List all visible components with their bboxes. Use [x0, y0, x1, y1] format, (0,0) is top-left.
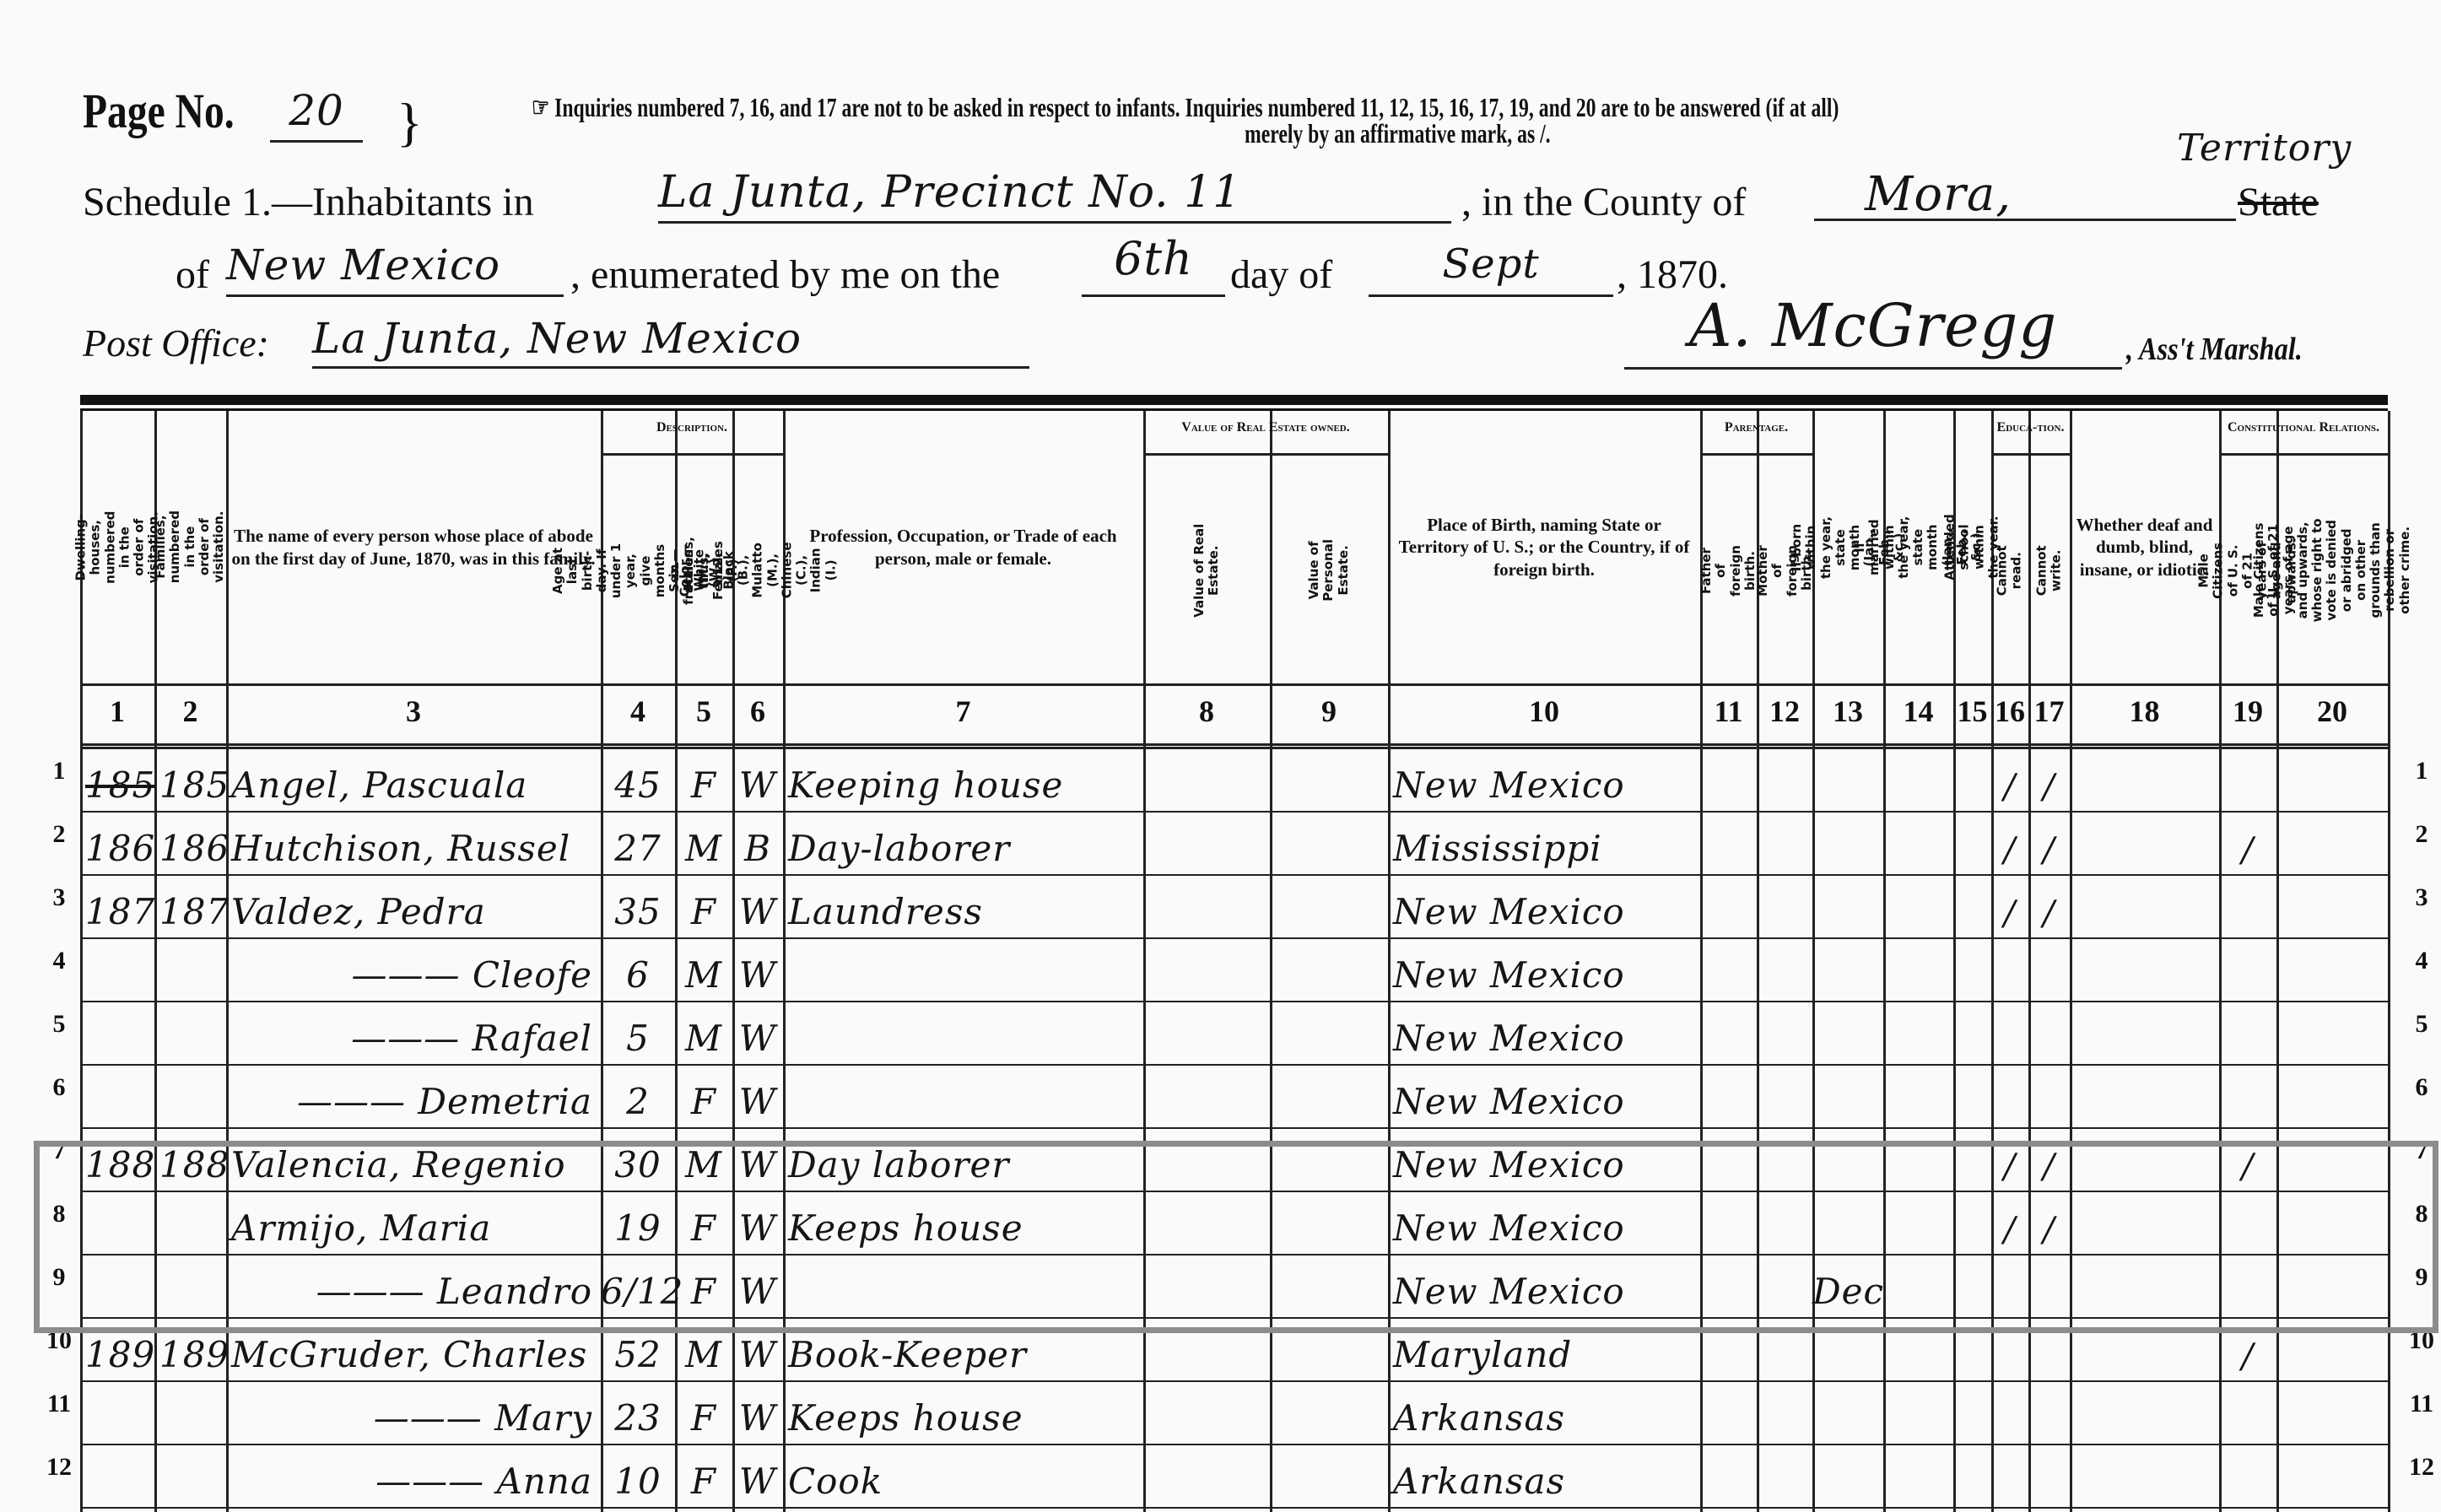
header-rule	[80, 747, 2388, 749]
column-header-label: Cannot write.	[2034, 545, 2064, 596]
place-field: La Junta, Precinct No. 11	[658, 167, 1451, 224]
cell-birthplace: New Mexico	[1393, 768, 1625, 803]
day-of-label: day of	[1230, 251, 1332, 298]
column-header-3: The name of every person whose place of …	[226, 411, 601, 683]
cell-age: 35	[601, 894, 675, 930]
line-number-right: 4	[2396, 947, 2441, 975]
cell-color: W	[732, 894, 783, 930]
cell-name: ——— Mary	[235, 1401, 592, 1436]
column-header-label: Male Citizens of U. S. of 21 years of ag…	[2252, 518, 2412, 623]
column-number-7: 7	[783, 694, 1143, 729]
state-label-struck: State	[2238, 179, 2319, 225]
column-header-6: Color.—White (W.), Black (B.), Mulatto (…	[732, 457, 783, 683]
cell-name: ——— Cleofe	[235, 958, 592, 993]
cell-birthplace: Arkansas	[1393, 1401, 1565, 1436]
column-number-11: 11	[1700, 694, 1757, 729]
group-rule	[601, 453, 783, 456]
cell-birthplace: Maryland	[1393, 1337, 1572, 1373]
line-number-right: 3	[2396, 883, 2441, 912]
cell-sex: F	[675, 768, 732, 803]
column-header-label: Families, numbered in the order of visit…	[154, 510, 226, 583]
cell-color: B	[732, 831, 783, 867]
cell-family: 185	[159, 768, 230, 803]
day-field: 6th	[1082, 232, 1225, 297]
column-header-label: Place of Birth, naming State or Territor…	[1391, 514, 1697, 580]
cell-age: 5	[601, 1021, 675, 1056]
group-rule	[1700, 453, 1812, 456]
table-row: ——— Demetria2FWNew Mexico	[80, 1069, 2388, 1132]
column-number-4: 4	[601, 694, 675, 729]
cell-color: W	[732, 768, 783, 803]
cell-name: ——— Rafael	[235, 1021, 592, 1056]
cell-birthplace: Arkansas	[1393, 1464, 1565, 1499]
marshal-signature: A. McGregg	[1624, 291, 2122, 370]
column-number-1: 1	[80, 694, 154, 729]
cell-sex: M	[675, 831, 732, 867]
column-number-13: 13	[1812, 694, 1883, 729]
county-label: , in the County of	[1461, 179, 1746, 225]
column-header-20: Male Citizens of U. S. of 21 years of ag…	[2276, 457, 2388, 683]
table-row: ——— Cleofe6MWNew Mexico	[80, 942, 2388, 1006]
line-number-right: 2	[2396, 820, 2441, 849]
table-row: 187187Valdez, Pedra35FWLaundressNew Mexi…	[80, 879, 2388, 942]
header-rule	[80, 743, 2388, 746]
cell-birthplace: New Mexico	[1393, 894, 1625, 930]
instructions-line-1: ☞ Inquiries numbered 7, 16, and 17 are n…	[532, 91, 1839, 123]
column-number-15: 15	[1953, 694, 1991, 729]
header-rule	[80, 683, 2388, 686]
column-header-17: Cannot write.	[2028, 457, 2070, 683]
enumerated-label: , enumerated by me on the	[570, 251, 1000, 298]
line-number-left: 3	[34, 883, 84, 912]
column-number-16: 16	[1991, 694, 2028, 729]
table-row: 185185Angel, Pascuala45FWKeeping houseNe…	[80, 753, 2388, 816]
cell-occupation: Day-laborer	[788, 831, 1010, 867]
cell-citizen: /	[2219, 831, 2276, 870]
cell-cannot-read: /	[1991, 768, 2028, 807]
instructions-line-2: merely by an affirmative mark, as /.	[1245, 118, 1551, 149]
cell-birthplace: Mississippi	[1393, 831, 1602, 867]
column-header-11: Father of foreign birth.	[1700, 457, 1757, 683]
cell-sex: M	[675, 1021, 732, 1056]
cell-sex: F	[675, 1401, 732, 1436]
table-row: 186186Hutchison, Russel27MBDay-laborerMi…	[80, 816, 2388, 879]
page-number-label: Page No.	[83, 83, 235, 139]
table-row: ——— Anna10FWCookArkansas	[80, 1449, 2388, 1512]
group-rule	[1991, 453, 2070, 456]
column-number-8: 8	[1143, 694, 1270, 729]
column-header-7: Profession, Occupation, or Trade of each…	[783, 411, 1143, 683]
group-rule	[2219, 453, 2388, 456]
column-number-3: 3	[226, 694, 601, 729]
cell-color: W	[732, 1401, 783, 1436]
column-header-1: Dwelling-houses, numbered in the order o…	[80, 411, 154, 683]
post-office-label: Post Office:	[83, 321, 269, 365]
month-field: Sept	[1369, 240, 1613, 297]
column-number-12: 12	[1757, 694, 1812, 729]
cell-color: W	[732, 1464, 783, 1499]
cell-color: W	[732, 1337, 783, 1373]
cell-sex: M	[675, 1337, 732, 1373]
column-group-real-estate: Value of Real Estate owned.	[1143, 419, 1388, 435]
column-group-parentage: Parentage.	[1700, 419, 1812, 435]
cell-age: 2	[601, 1084, 675, 1120]
cell-citizen: /	[2219, 1337, 2276, 1376]
cell-occupation: Keeping house	[788, 768, 1063, 803]
schedule-label: Schedule 1.—Inhabitants in	[83, 179, 534, 225]
highlighted-family-box	[34, 1141, 2438, 1333]
column-header-label: The name of every person whose place of …	[230, 525, 597, 570]
cell-occupation: Book-Keeper	[788, 1337, 1027, 1373]
cell-color: W	[732, 1021, 783, 1056]
column-header-label: Value of Personal Estate.	[1307, 515, 1351, 626]
cell-age: 52	[601, 1337, 675, 1373]
column-header-9: Value of Personal Estate.	[1270, 457, 1388, 683]
cell-color: W	[732, 958, 783, 993]
column-number-17: 17	[2028, 694, 2070, 729]
column-number-6: 6	[732, 694, 783, 729]
brace-decoration: }	[397, 91, 423, 154]
cell-occupation: Laundress	[788, 894, 983, 930]
territory-correction: Territory	[2177, 127, 2352, 170]
of-label: of	[176, 251, 209, 298]
column-header-4: Age at last birth-day. If under 1 year, …	[601, 457, 675, 683]
column-header-label: Father of foreign birth.	[1699, 545, 1758, 597]
table-row: ——— Rafael5MWNew Mexico	[80, 1006, 2388, 1069]
cell-name: Hutchison, Russel	[231, 831, 570, 867]
line-number-left: 1	[34, 757, 84, 786]
cell-occupation: Keeps house	[788, 1401, 1023, 1436]
column-header-label: Whether deaf and dumb, blind, insane, or…	[2073, 514, 2216, 580]
column-number-10: 10	[1388, 694, 1700, 729]
table-row: ——— Mary23FWKeeps houseArkansas	[80, 1385, 2388, 1449]
column-number-9: 9	[1270, 694, 1388, 729]
cell-name: ——— Anna	[235, 1464, 592, 1499]
state-field: New Mexico	[226, 240, 564, 297]
cell-name: Valdez, Pedra	[231, 894, 486, 930]
line-number-left: 4	[34, 947, 84, 975]
cell-cannot-write: /	[2028, 768, 2070, 807]
cell-dwelling: 187	[85, 894, 155, 930]
column-number-20: 20	[2276, 694, 2388, 729]
column-header-10: Place of Birth, naming State or Territor…	[1388, 411, 1700, 683]
column-header-label: Cannot read.	[1995, 545, 2025, 596]
column-number-5: 5	[675, 694, 732, 729]
column-header-label: Value of Real Estate.	[1192, 510, 1222, 630]
cell-family: 186	[159, 831, 230, 867]
column-number-19: 19	[2219, 694, 2276, 729]
cell-age: 27	[601, 831, 675, 867]
cell-sex: M	[675, 958, 732, 993]
post-office-field: La Junta, New Mexico	[312, 314, 1029, 369]
column-group-education: Educa-tion.	[1991, 419, 2070, 435]
cell-cannot-write: /	[2028, 894, 2070, 933]
line-number-right: 12	[2396, 1453, 2441, 1482]
column-header-15: Attended school within the year.	[1953, 411, 1991, 683]
cell-color: W	[732, 1084, 783, 1120]
column-number-18: 18	[2070, 694, 2219, 729]
line-number-right: 11	[2396, 1390, 2441, 1418]
line-number-right: 1	[2396, 757, 2441, 786]
column-group-constitutional: Constitutional Relations.	[2219, 419, 2388, 435]
line-number-left: 11	[34, 1390, 84, 1418]
cell-dwelling: 186	[85, 831, 155, 867]
column-number-2: 2	[154, 694, 226, 729]
cell-birthplace: New Mexico	[1393, 1084, 1625, 1120]
page-number-value: 20	[270, 86, 363, 143]
cell-family: 187	[159, 894, 230, 930]
line-number-left: 2	[34, 820, 84, 849]
cell-dwelling: 189	[85, 1337, 155, 1373]
cell-age: 23	[601, 1401, 675, 1436]
cell-family: 189	[159, 1337, 230, 1373]
cell-sex: F	[675, 1084, 732, 1120]
cell-occupation: Cook	[788, 1464, 883, 1499]
line-number-left: 5	[34, 1010, 84, 1039]
column-header-16: Cannot read.	[1991, 457, 2028, 683]
cell-age: 10	[601, 1464, 675, 1499]
column-number-14: 14	[1883, 694, 1953, 729]
line-number-right: 6	[2396, 1073, 2441, 1102]
line-number-right: 5	[2396, 1010, 2441, 1039]
cell-age: 45	[601, 768, 675, 803]
column-header-label: Profession, Occupation, or Trade of each…	[786, 525, 1140, 570]
cell-age: 6	[601, 958, 675, 993]
marshal-label: , Ass't Marshal.	[2126, 331, 2303, 368]
cell-name: McGruder, Charles	[231, 1337, 587, 1373]
county-field: Mora,	[1814, 167, 2236, 221]
cell-birthplace: New Mexico	[1393, 958, 1625, 993]
cell-cannot-read: /	[1991, 831, 2028, 870]
cell-dwelling: 185	[85, 768, 155, 803]
column-group-description: Description.	[601, 419, 783, 435]
cell-cannot-write: /	[2028, 831, 2070, 870]
group-rule	[1143, 453, 1388, 456]
cell-sex: F	[675, 894, 732, 930]
cell-birthplace: New Mexico	[1393, 1021, 1625, 1056]
column-header-8: Value of Real Estate.	[1143, 457, 1270, 683]
table-top-rule	[80, 395, 2388, 405]
line-number-left: 12	[34, 1453, 84, 1482]
line-number-left: 6	[34, 1073, 84, 1102]
cell-name: ——— Demetria	[235, 1084, 592, 1120]
cell-cannot-read: /	[1991, 894, 2028, 933]
cell-sex: F	[675, 1464, 732, 1499]
column-header-2: Families, numbered in the order of visit…	[154, 411, 226, 683]
cell-name: Angel, Pascuala	[231, 768, 527, 803]
column-header-label: Dwelling-houses, numbered in the order o…	[73, 510, 161, 583]
